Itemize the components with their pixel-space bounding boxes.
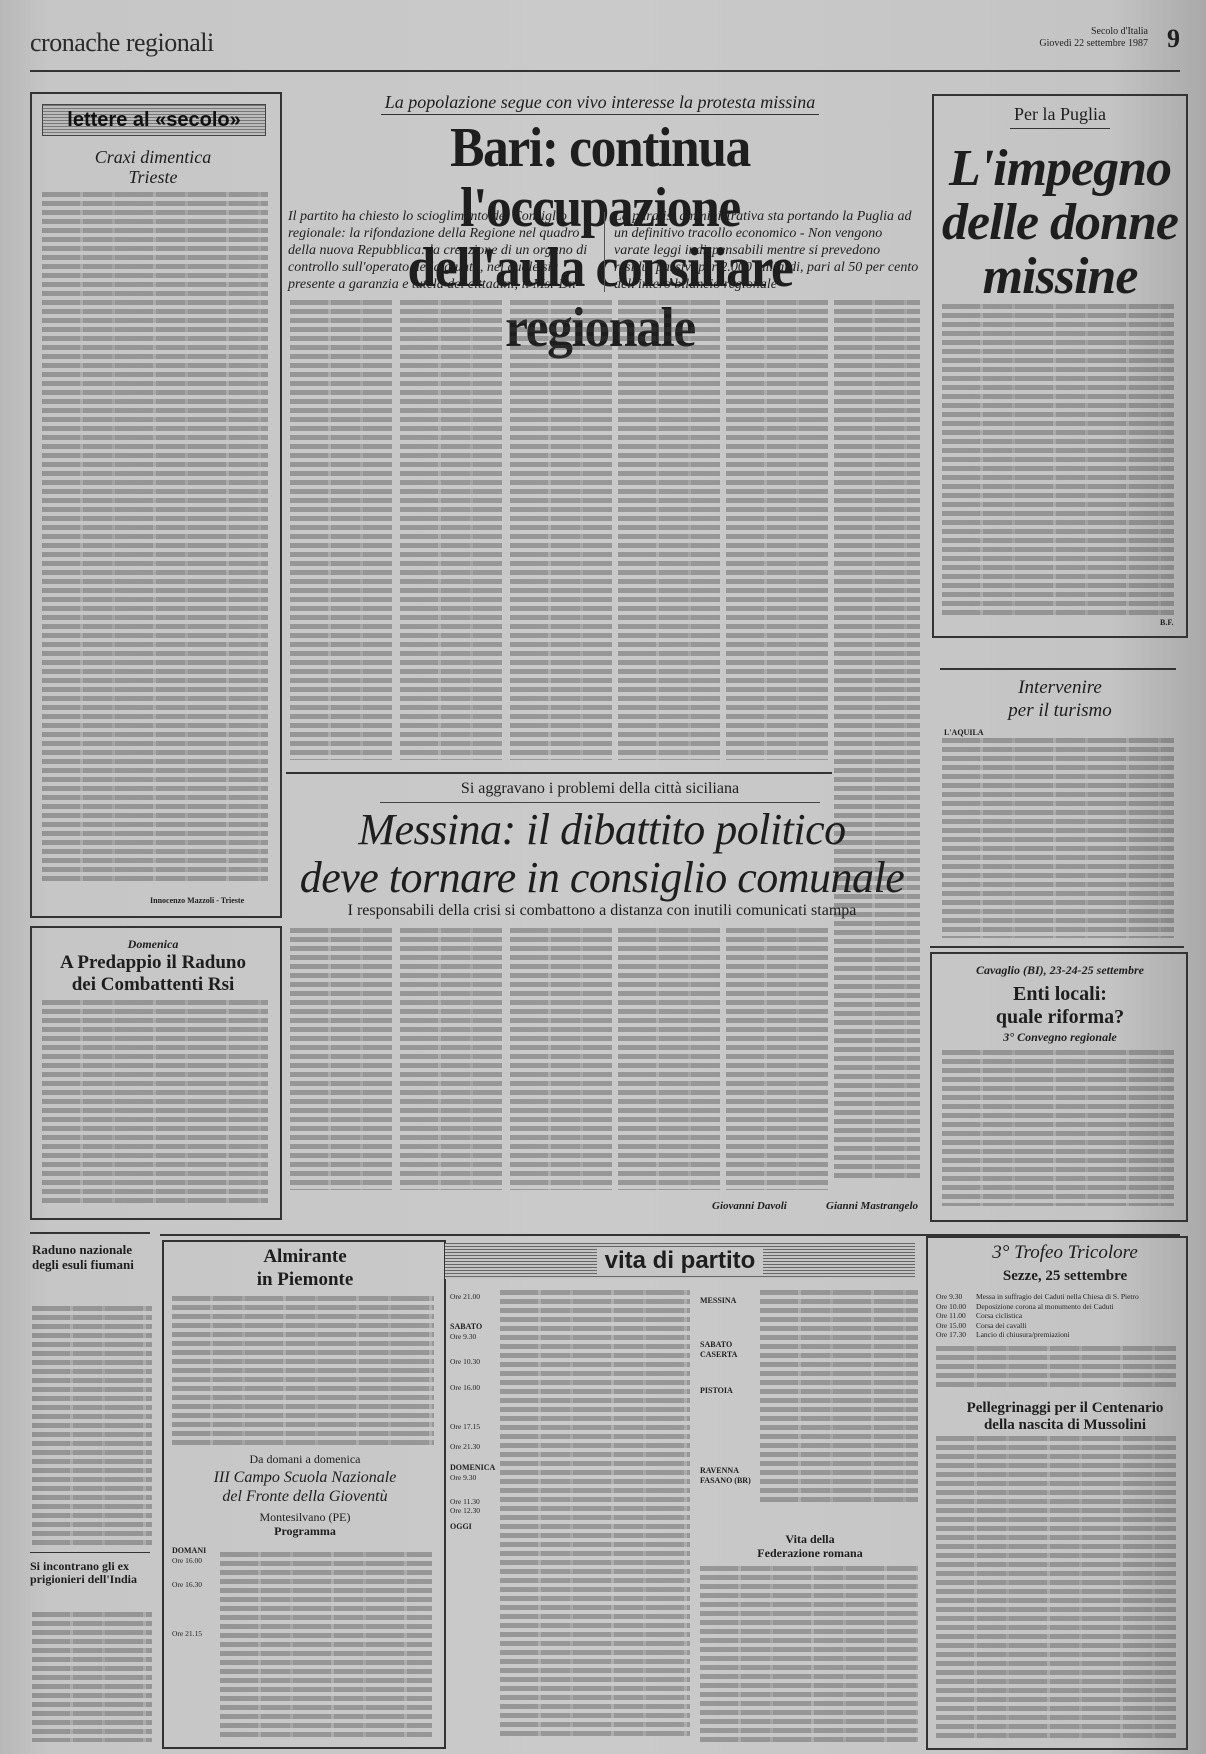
messina-byline-left: Giovanni Davoli [712,1200,787,1212]
predappio-kicker: Domenica [40,937,266,952]
vita-time: Ore 11.30 [450,1497,496,1507]
bari-column-6 [834,300,920,1180]
almirante-headline: Almirante in Piemonte [170,1245,440,1291]
messina-kicker: Si aggravano i problemi della città sici… [380,780,820,803]
vita-place: MESSINA [700,1296,760,1306]
almirante-headline-line2: in Piemonte [170,1268,440,1291]
deck-divider [604,212,605,292]
campo-kicker: Da domani a domenica [170,1452,440,1467]
letters-signature: Innocenzo Mazzoli - Trieste [150,896,244,905]
vita-day-label: SABATO [450,1322,496,1332]
issue-info: Secolo d'Italia Giovedì 22 settembre 198… [1039,26,1148,50]
section-title: cronache regionali [30,28,214,58]
vita-place: FASANO (BR) [700,1476,760,1486]
campo-headline: III Campo Scuola Nazionale del Fronte de… [170,1468,440,1506]
masthead-rule [30,70,1180,72]
page-number: 9 [1167,24,1180,54]
predappio-headline-line2: dei Combattenti Rsi [40,974,266,996]
campo-time: Ore 21.15 [172,1629,206,1639]
schedule-row: Ore 15.00Corsa dei cavalli [936,1321,1176,1331]
raduno-body-text [32,1306,152,1546]
bari-deck-right: La paralisi amministrativa sta portando … [614,208,920,293]
enti-kicker: Cavaglio (BI), 23-24-25 settembre [940,963,1180,978]
vita-time: Ore 17.15 [450,1422,496,1432]
federazione-title-line2: Federazione romana [700,1546,920,1560]
enti-headline-line2: quale riforma? [940,1006,1180,1029]
schedule-time: Ore 17.30 [936,1330,976,1340]
schedule-event: Corsa dei cavalli [976,1321,1026,1330]
turismo-body-text [942,738,1174,938]
vita-day-label: OGGI [450,1522,496,1532]
enti-headline-line1: Enti locali: [940,983,1180,1006]
pellegrinaggi-body-text [936,1436,1176,1738]
messina-deck: I responsabili della crisi si combattono… [282,902,922,920]
pellegrinaggi-headline-line1: Pellegrinaggi per il Centenario [930,1400,1200,1417]
puglia-signature: B.F. [1160,618,1174,627]
india-top-rule [30,1552,150,1553]
vita-place: RAVENNA [700,1466,760,1476]
india-headline: Si incontrano gli ex prigionieri dell'In… [30,1560,150,1586]
messina-byline-right: Gianni Mastrangelo [826,1200,918,1212]
schedule-event: Corsa ciclistica [976,1311,1022,1320]
predappio-headline-line1: A Predappio il Raduno [40,952,266,974]
letters-banner: lettere al «secolo» [42,104,266,136]
vita-time: Ore 21.30 [450,1442,496,1452]
messina-headline-line2: deve tornare in consiglio comunale [282,854,922,902]
turismo-rule [940,668,1176,670]
schedule-event: Deposizione corona al monumento dei Cadu… [976,1302,1114,1311]
bari-column-1 [290,300,392,760]
paper-name: Secolo d'Italia [1039,26,1148,38]
predappio-headline: A Predappio il Raduno dei Combattenti Rs… [40,952,266,996]
trofeo-body-text [936,1346,1176,1388]
vita-banner-text: vita di partito [597,1247,764,1274]
letters-title-line1: Craxi dimentica [40,147,266,167]
turismo-title-line1: Intervenire [940,676,1180,699]
schedule-time: Ore 15.00 [936,1321,976,1331]
vita-place: PISTOIA [700,1386,760,1396]
messina-column-3 [510,928,612,1190]
campo-location-text: Montesilvano (PE) [170,1510,440,1524]
schedule-event: Messa in suffragio dei Caduti nella Chie… [976,1292,1139,1301]
trofeo-subhead: Sezze, 25 settembre [930,1268,1200,1285]
campo-headline-line1: III Campo Scuola Nazionale [170,1468,440,1487]
puglia-kicker-rule [1010,128,1110,129]
bari-column-2 [400,300,502,760]
schedule-row: Ore 11.00Corsa ciclistica [936,1311,1176,1321]
bari-column-5 [726,300,828,760]
vita-day-label: DOMENICA [450,1463,496,1473]
issue-date: Giovedì 22 settembre 1987 [1039,38,1148,50]
bari-column-4 [618,300,720,760]
campo-location: Montesilvano (PE) Programma [170,1510,440,1538]
turismo-title: Intervenire per il turismo [940,676,1180,722]
puglia-kicker: Per la Puglia [940,104,1180,125]
enti-headline: Enti locali: quale riforma? [940,983,1180,1029]
schedule-time: Ore 10.00 [936,1302,976,1312]
schedule-row: Ore 10.00Deposizione corona al monumento… [936,1302,1176,1312]
vita-time: Ore 9.30 [450,1473,496,1483]
vita-banner: vita di partito [445,1243,915,1279]
bari-kicker: La popolazione segue con vivo interesse … [300,92,900,113]
vita-place: CASERTA [700,1350,760,1360]
turismo-dateline: L'AQUILA [944,728,984,737]
campo-day-label: DOMANI [172,1546,206,1556]
campo-program-text [220,1552,432,1738]
vita-time: Ore 10.30 [450,1357,496,1367]
puglia-headline-line3: missine [936,250,1184,304]
campo-time: Ore 16.30 [172,1580,206,1590]
vita-time: Ore 16.00 [450,1383,496,1393]
campo-headline-line2: del Fronte della Gioventù [170,1487,440,1506]
federazione-title-line1: Vita della [700,1532,920,1546]
schedule-time: Ore 9.30 [936,1292,976,1302]
messina-column-2 [400,928,502,1190]
puglia-headline-line2: delle donne [936,196,1184,250]
india-body-text [32,1612,152,1742]
vita-places-column: MESSINA SABATO CASERTA PISTOIA RAVENNA F… [700,1296,760,1486]
puglia-body-text [942,304,1174,616]
vita-times-column: Ore 21.00 SABATO Ore 9.30 Ore 10.30 Ore … [450,1292,496,1532]
bari-bottom-rule [286,772,832,774]
puglia-headline-line1: L'impegno [936,142,1184,196]
schedule-event: Lancio di chiusura/premiazioni [976,1330,1070,1339]
vita-time: Ore 21.00 [450,1292,496,1302]
trofeo-headline: 3° Trofeo Tricolore [930,1242,1200,1264]
letters-title: Craxi dimentica Trieste [40,147,266,187]
almirante-headline-line1: Almirante [170,1245,440,1268]
vita-time: Ore 9.30 [450,1332,496,1342]
campo-time: Ore 16.00 [172,1556,206,1566]
almirante-body-text [172,1296,434,1446]
messina-column-1 [290,928,392,1190]
vita-column-1-text [500,1290,690,1740]
puglia-headline: L'impegno delle donne missine [936,142,1184,304]
messina-headline: Messina: il dibattito politico deve torn… [282,806,922,902]
messina-headline-line1: Messina: il dibattito politico [282,806,922,854]
bari-kicker-text: La popolazione segue con vivo interesse … [381,92,820,115]
vita-time: Ore 12.30 [450,1506,496,1516]
messina-column-5 [726,928,828,1190]
pellegrinaggi-headline: Pellegrinaggi per il Centenario della na… [930,1400,1200,1434]
bari-column-3 [510,300,612,760]
vita-place: SABATO [700,1340,760,1350]
enti-top-rule [930,946,1184,948]
federazione-body-text [700,1566,918,1742]
predappio-body-text [42,1000,268,1204]
letters-title-line2: Trieste [40,167,266,187]
letters-body-text [42,192,268,884]
raduno-top-rule [30,1232,150,1234]
campo-program-label: Programma [170,1524,440,1538]
schedule-time: Ore 11.00 [936,1311,976,1321]
enti-body-text [942,1050,1174,1206]
campo-schedule: DOMANI Ore 16.00 Ore 16.30 Ore 21.15 [172,1546,206,1639]
bari-deck-left: Il partito ha chiesto lo scioglimento de… [288,208,596,293]
trofeo-schedule: Ore 9.30Messa in suffragio dei Caduti ne… [936,1292,1176,1340]
raduno-headline: Raduno nazionale degli esuli fiumani [32,1242,152,1272]
turismo-title-line2: per il turismo [940,699,1180,722]
pellegrinaggi-headline-line2: della nascita di Mussolini [930,1417,1200,1434]
schedule-row: Ore 9.30Messa in suffragio dei Caduti ne… [936,1292,1176,1302]
enti-subhead: 3° Convegno regionale [940,1030,1180,1045]
federazione-headline: Vita della Federazione romana [700,1532,920,1560]
newspaper-page: cronache regionali Secolo d'Italia Giove… [0,0,1206,1754]
vita-column-2-text [760,1290,918,1505]
messina-column-4 [618,928,720,1190]
schedule-row: Ore 17.30Lancio di chiusura/premiazioni [936,1330,1176,1340]
